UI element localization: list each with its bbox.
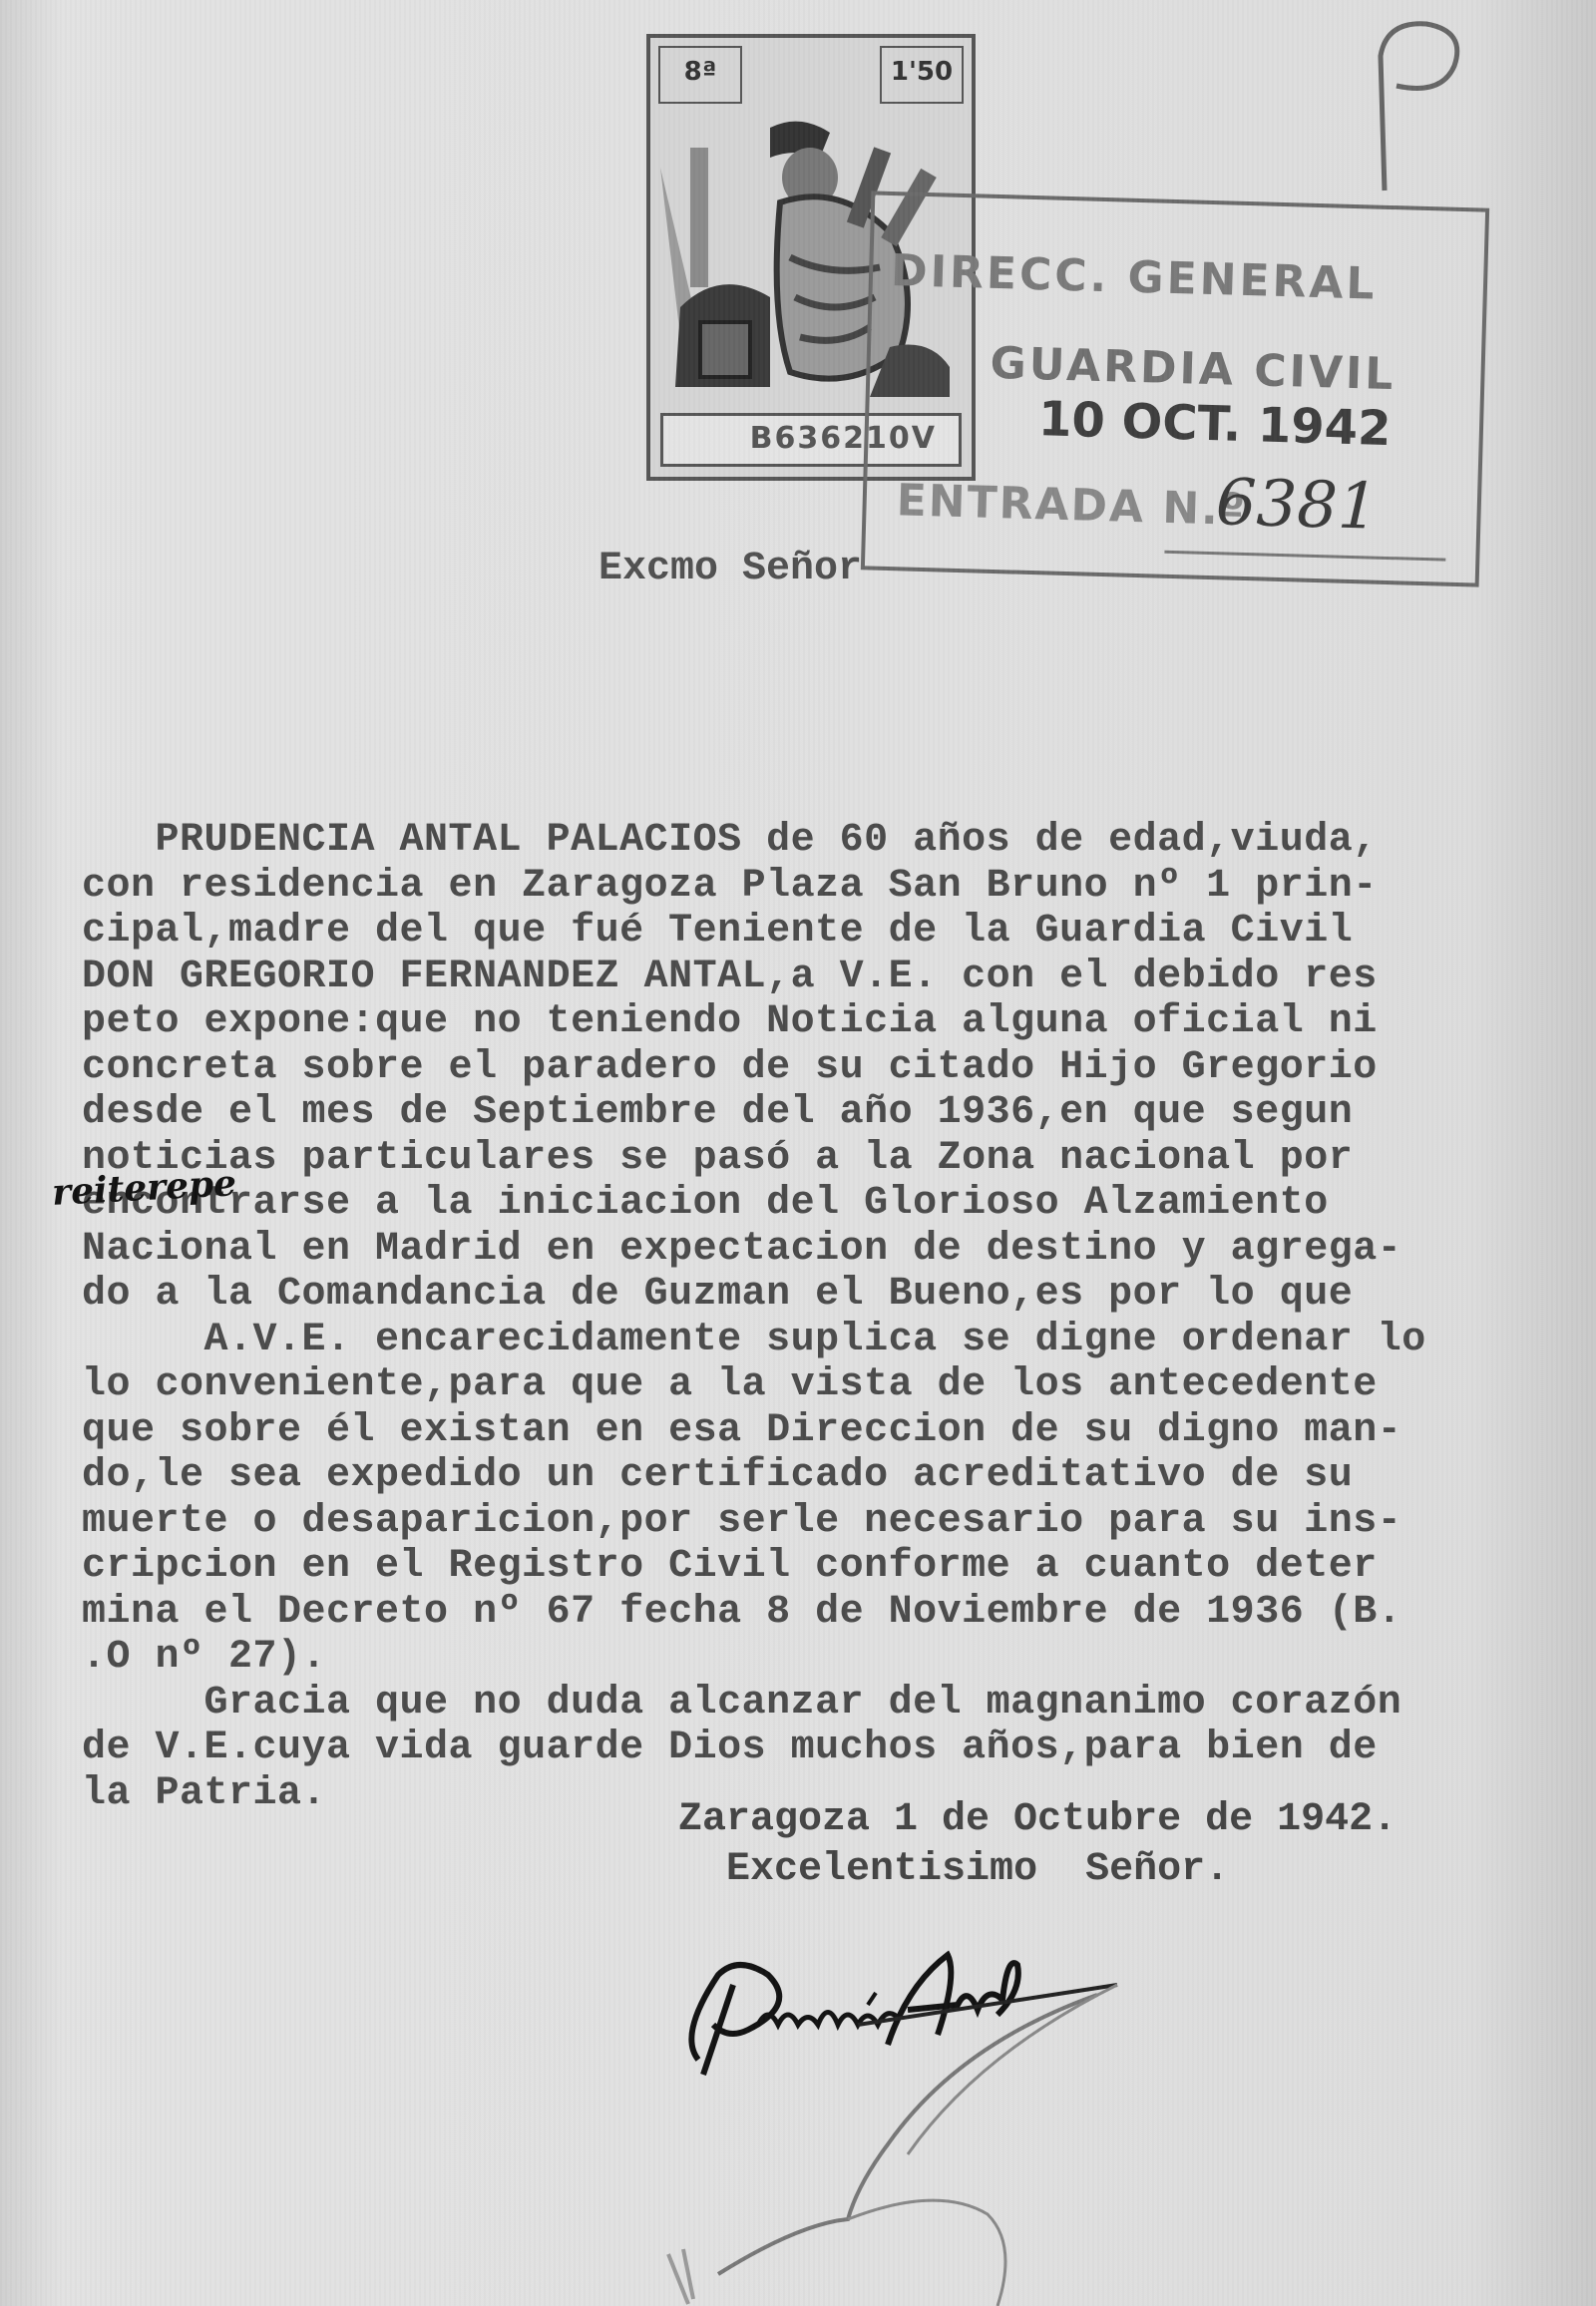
letter-line: .O nº 27). bbox=[82, 1635, 1548, 1681]
pencil-p-mark-icon bbox=[1367, 16, 1476, 195]
letter-line: encontrarse a la iniciacion del Glorioso… bbox=[82, 1181, 1548, 1227]
salutation: Excmo Señor bbox=[598, 547, 862, 591]
place-date: Zaragoza 1 de Octubre de 1942. bbox=[678, 1797, 1396, 1842]
letter-body: PRUDENCIA ANTAL PALACIOS de 60 años de e… bbox=[82, 818, 1548, 1816]
letter-line: Nacional en Madrid en expectacion de des… bbox=[82, 1227, 1548, 1273]
registration-stamp: DIRECC. GENERAL GUARDIA CIVIL 10 OCT. 19… bbox=[861, 191, 1489, 586]
letter-line: de V.E.cuya vida guarde Dios muchos años… bbox=[82, 1726, 1548, 1771]
stamp-underline bbox=[1164, 551, 1445, 562]
margin-note: reiterepe bbox=[51, 1162, 237, 1214]
handwritten-signature-icon bbox=[658, 1915, 1337, 2306]
letter-line: que sobre él existan en esa Direccion de… bbox=[82, 1408, 1548, 1454]
letter-line: cipal,madre del que fué Teniente de la G… bbox=[82, 909, 1548, 955]
letter-line: do,le sea expedido un certificado acredi… bbox=[82, 1453, 1548, 1499]
stamp-serial: B636210V bbox=[660, 413, 962, 467]
closing-address: Excelentisimo Señor. bbox=[726, 1847, 1229, 1892]
letter-line: A.V.E. encarecidamente suplica se digne … bbox=[82, 1318, 1548, 1363]
letter-line: Gracia que no duda alcanzar del magnanim… bbox=[82, 1681, 1548, 1727]
stamp-value-label: 1'50 bbox=[880, 46, 964, 104]
letter-line: PRUDENCIA ANTAL PALACIOS de 60 años de e… bbox=[82, 818, 1548, 864]
fiscal-stamp: 8ª 1'50 B636210V bbox=[646, 34, 976, 481]
stamp-class-label: 8ª bbox=[658, 46, 742, 104]
letter-line: muerte o desaparicion,por serle necesari… bbox=[82, 1499, 1548, 1545]
letter-line: la Patria. bbox=[82, 1771, 1548, 1817]
letter-line: peto expone:que no teniendo Noticia algu… bbox=[82, 999, 1548, 1045]
letter-line: con residencia en Zaragoza Plaza San Bru… bbox=[82, 864, 1548, 910]
letter-line: lo conveniente,para que a la vista de lo… bbox=[82, 1362, 1548, 1408]
stamp-entrada-label: ENTRADA N.º bbox=[896, 475, 1247, 536]
letter-line: noticias particulares se pasó a la Zona … bbox=[82, 1136, 1548, 1182]
letter-line: do a la Comandancia de Guzman el Bueno,e… bbox=[82, 1272, 1548, 1318]
stamp-date: 10 OCT. 1942 bbox=[1037, 391, 1392, 457]
letter-line: cripcion en el Registro Civil conforme a… bbox=[82, 1544, 1548, 1590]
allegorical-figure-icon bbox=[660, 108, 962, 407]
document-page: 8ª 1'50 B636210V DIRECC. GENERAL GUARDIA… bbox=[0, 0, 1596, 2306]
stamp-line-direccion: DIRECC. GENERAL bbox=[890, 245, 1378, 310]
stamp-entry-number: 6381 bbox=[1215, 466, 1380, 545]
stamp-line-guardia-civil: GUARDIA CIVIL bbox=[990, 338, 1396, 400]
letter-line: DON GREGORIO FERNANDEZ ANTAL,a V.E. con … bbox=[82, 955, 1548, 1000]
letter-line: mina el Decreto nº 67 fecha 8 de Noviemb… bbox=[82, 1590, 1548, 1636]
closing: Zaragoza 1 de Octubre de 1942. Excelenti… bbox=[678, 1795, 1396, 1895]
letter-line: concreta sobre el paradero de su citado … bbox=[82, 1045, 1548, 1091]
letter-line: desde el mes de Septiembre del año 1936,… bbox=[82, 1090, 1548, 1136]
